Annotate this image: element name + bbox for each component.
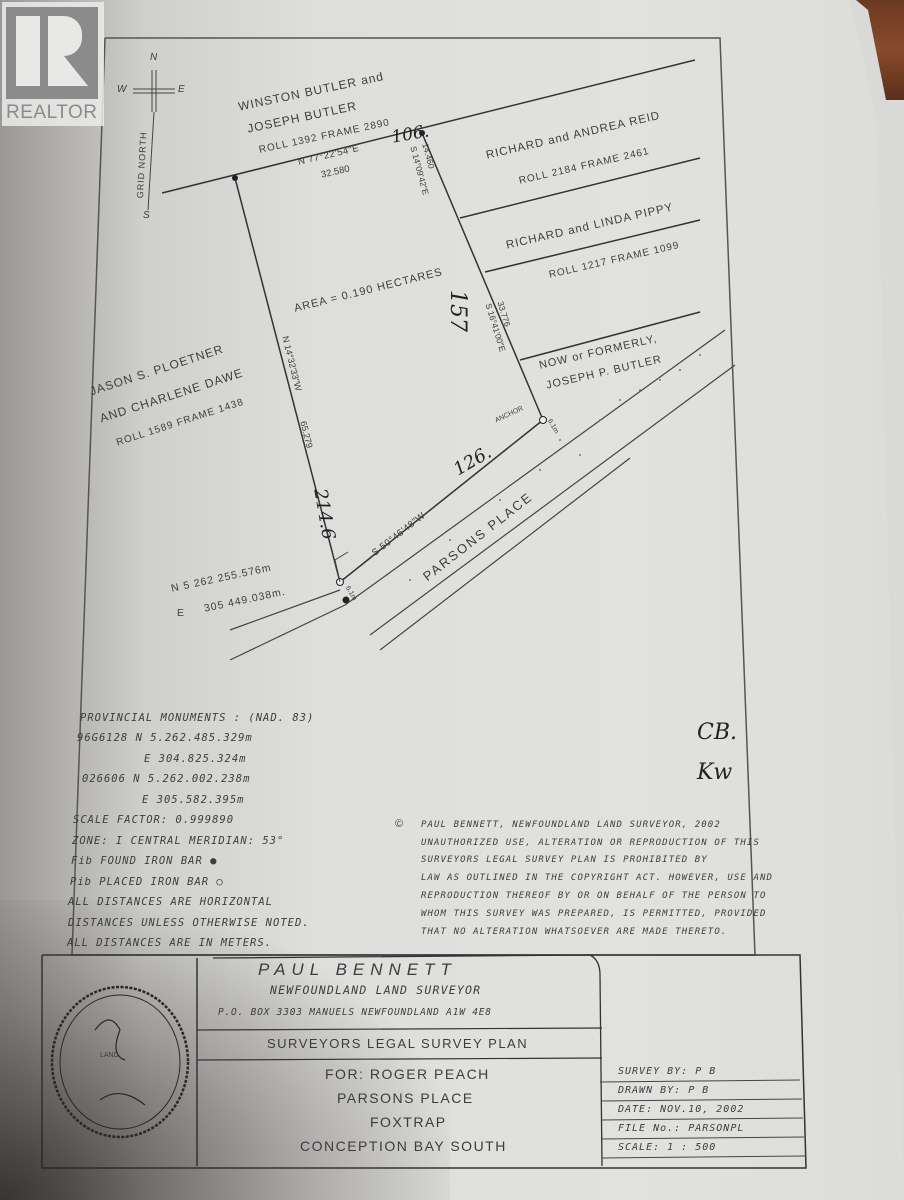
note-line: 96G6128 N 5.262.485.329m bbox=[77, 732, 253, 744]
copyright-line: LAW AS OUTLINED IN THE COPYRIGHT ACT. HO… bbox=[421, 873, 773, 883]
north-label: N bbox=[150, 52, 157, 63]
realtor-label: REALTOR bbox=[6, 102, 98, 124]
east-label: E bbox=[178, 84, 185, 95]
info-survey-by: SURVEY BY: P B bbox=[618, 1066, 716, 1077]
note-line: DISTANCES UNLESS OTHERWISE NOTED. bbox=[68, 917, 310, 929]
client-line: CONCEPTION BAY SOUTH bbox=[300, 1138, 507, 1154]
note-line: ALL DISTANCES ARE IN METERS. bbox=[67, 937, 272, 949]
note-line: Pib PLACED IRON BAR ○ bbox=[70, 876, 224, 888]
copyright-line: SURVEYORS LEGAL SURVEY PLAN IS PROHIBITE… bbox=[421, 855, 708, 865]
coord-e-label: E bbox=[177, 607, 184, 619]
note-line: E 304.825.324m bbox=[144, 753, 247, 765]
copyright-line: PAUL BENNETT, NEWFOUNDLAND LAND SURVEYOR… bbox=[421, 820, 721, 830]
info-scale: SCALE: 1 : 500 bbox=[618, 1142, 716, 1153]
copyright-line: THAT NO ALTERATION WHATSOEVER ARE MADE T… bbox=[421, 927, 727, 937]
surveyor-seal-icon bbox=[52, 987, 188, 1137]
surveyor-name: PAUL BENNETT bbox=[258, 960, 457, 980]
initials-2: Kw bbox=[697, 760, 732, 785]
note-line: E 305.582.395m bbox=[142, 794, 245, 806]
copyright-icon: © bbox=[395, 818, 404, 830]
info-file-no: FILE No.: PARSONPL bbox=[618, 1123, 744, 1134]
copyright-line: UNAUTHORIZED USE, ALTERATION OR REPRODUC… bbox=[421, 838, 760, 848]
copyright-line: REPRODUCTION THEREOF BY OR ON BEHALF OF … bbox=[421, 891, 766, 901]
surveyor-address: P.O. BOX 3303 MANUELS NEWFOUNDLAND A1W 4… bbox=[218, 1007, 492, 1018]
initials-1: CB. bbox=[697, 720, 737, 745]
realtor-watermark: REALTOR bbox=[2, 2, 104, 126]
note-line: ALL DISTANCES ARE HORIZONTAL bbox=[68, 896, 273, 908]
info-date: DATE: NOV.10, 2002 bbox=[618, 1104, 744, 1115]
note-line: PROVINCIAL MONUMENTS : (NAD. 83) bbox=[80, 712, 314, 724]
note-line: 026606 N 5.262.002.238m bbox=[82, 773, 250, 785]
client-line: PARSONS PLACE bbox=[337, 1090, 474, 1106]
surveyor-profession: NEWFOUNDLAND LAND SURVEYOR bbox=[270, 983, 481, 997]
info-drawn-by: DRAWN BY: P B bbox=[618, 1085, 709, 1096]
south-label: S bbox=[143, 210, 150, 221]
note-line: Fib FOUND IRON BAR ● bbox=[71, 855, 217, 867]
handwritten-157: 157 bbox=[445, 290, 470, 332]
plan-type: SURVEYORS LEGAL SURVEY PLAN bbox=[267, 1036, 528, 1051]
seal-center-text: LAND bbox=[100, 1052, 119, 1059]
note-line: SCALE FACTOR: 0.999890 bbox=[73, 814, 234, 826]
west-label: W bbox=[117, 84, 126, 95]
copyright-line: WHOM THIS SURVEY WAS PREPARED, IS PERMIT… bbox=[421, 909, 766, 919]
note-line: ZONE: I CENTRAL MERIDIAN: 53° bbox=[72, 835, 284, 847]
property-boundary bbox=[162, 60, 700, 582]
client-line: FOXTRAP bbox=[370, 1114, 447, 1130]
client-line: FOR: ROGER PEACH bbox=[325, 1066, 490, 1082]
